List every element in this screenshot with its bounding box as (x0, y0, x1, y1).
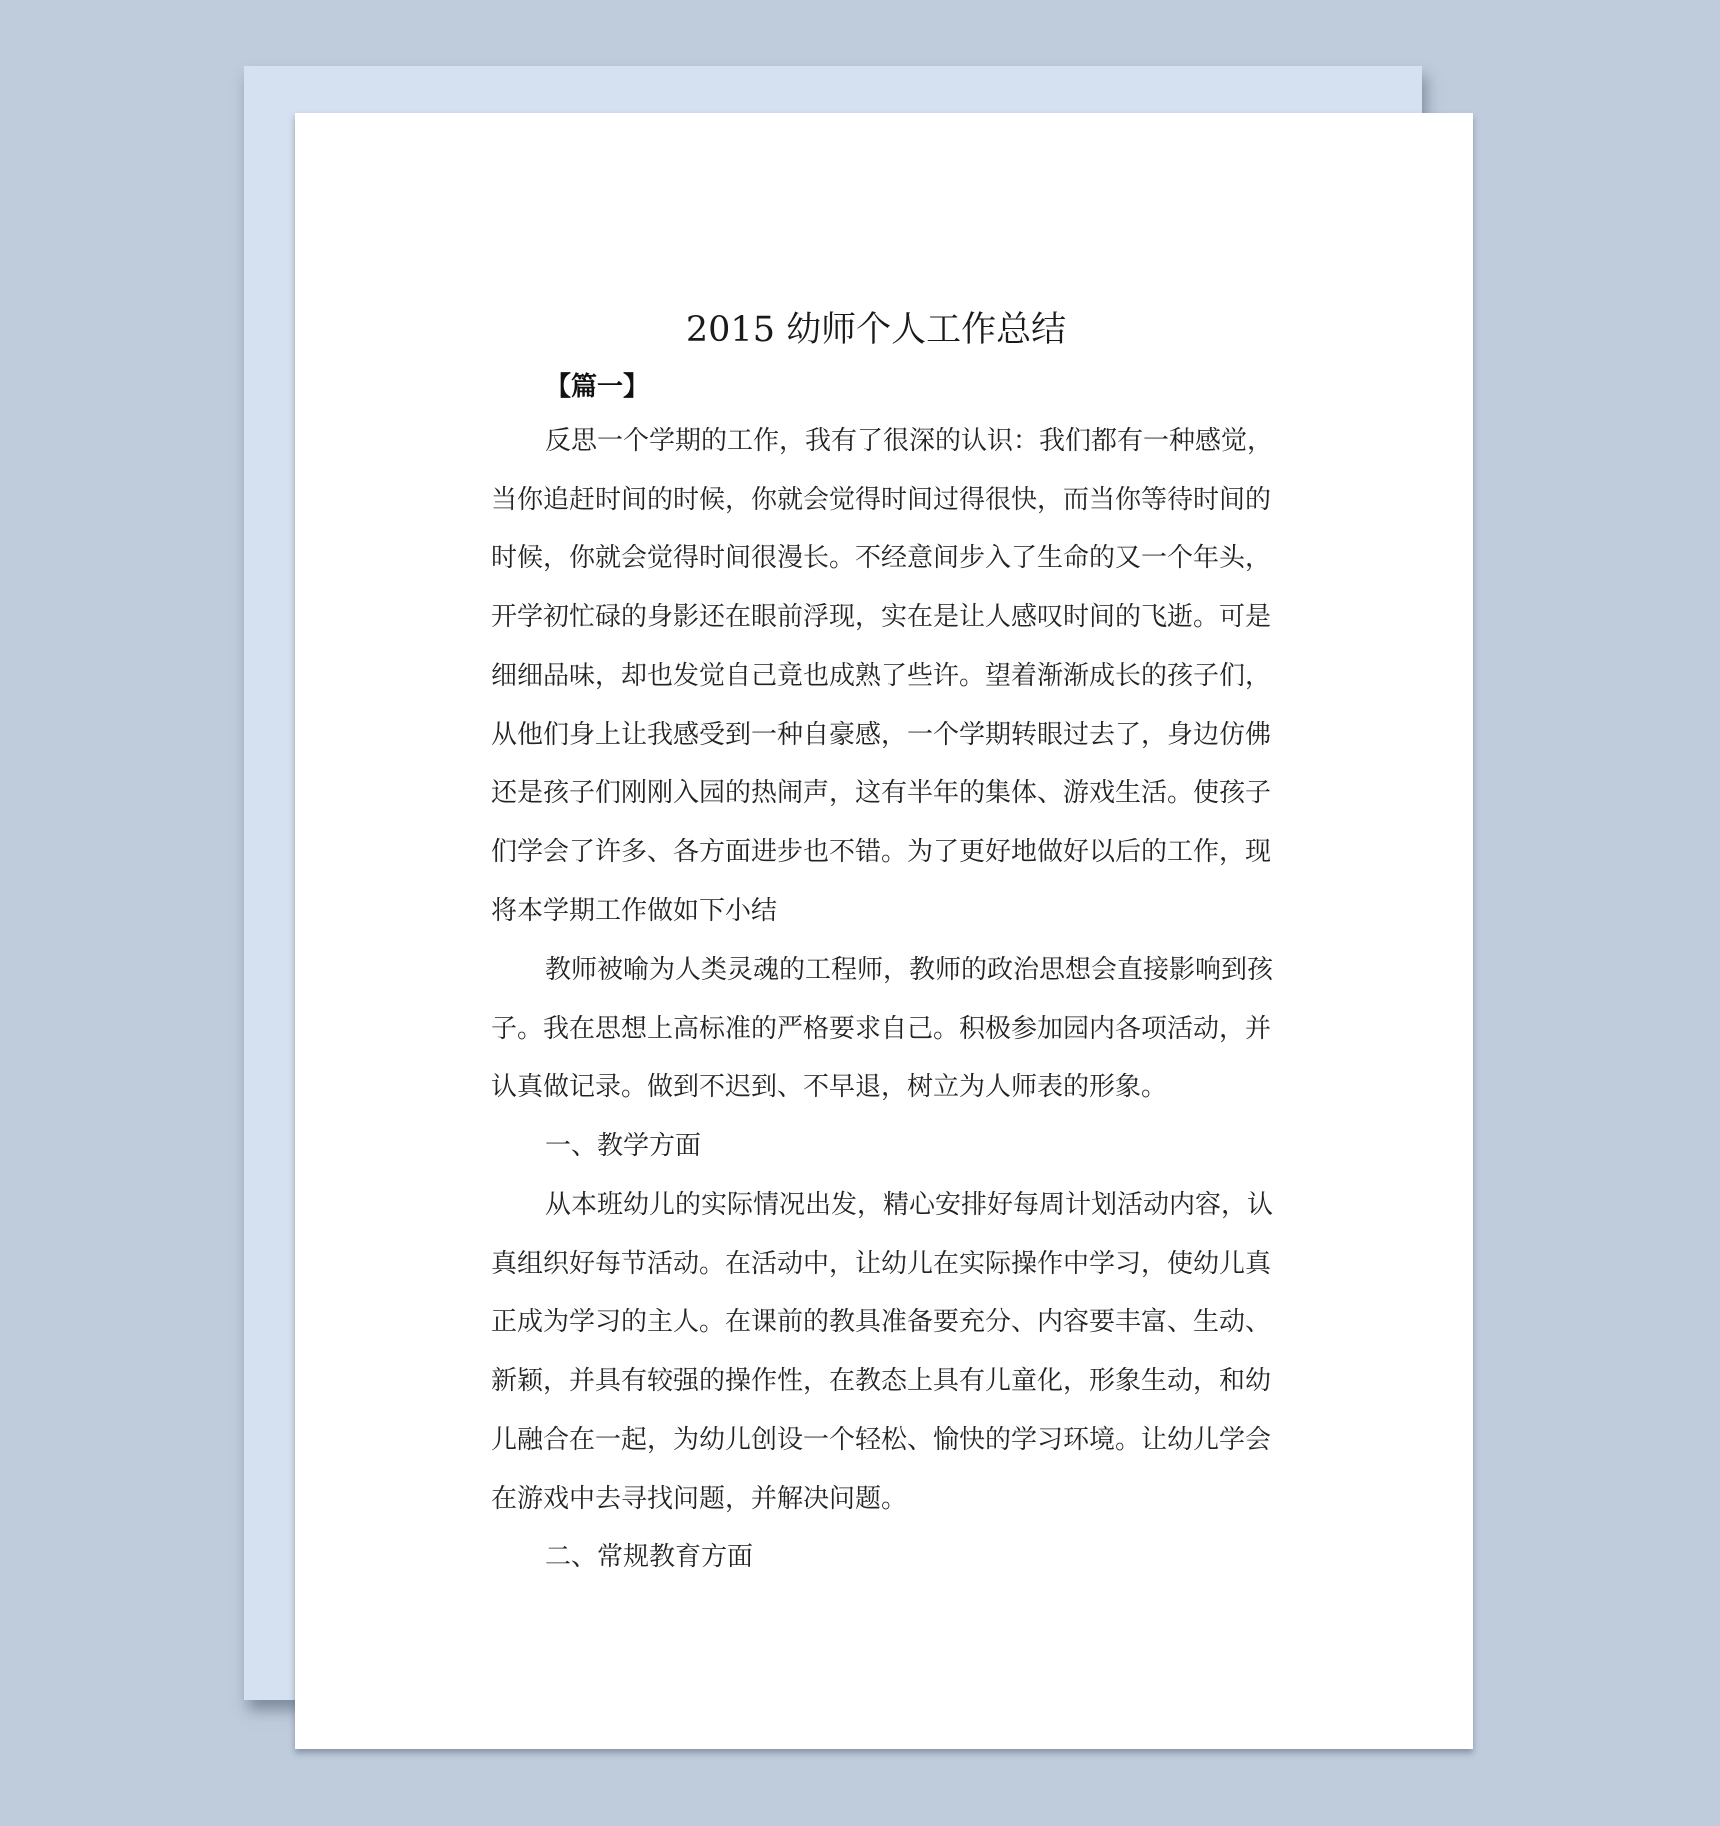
paragraph-line: 时候，你就会觉得时间很漫长。不经意间步入了生命的又一个年头， (491, 541, 1270, 575)
paragraph-line: 正成为学习的主人。在课前的教具准备要充分、内容要丰富、生动、 (491, 1305, 1270, 1339)
paragraph-line: 认真做记录。做到不迟到、不早退，树立为人师表的形象。 (491, 1070, 1167, 1104)
paragraph-line: 新颖，并具有较强的操作性，在教态上具有儿童化，形象生动，和幼 (491, 1364, 1270, 1398)
section-heading: 一、教学方面 (545, 1129, 701, 1163)
paragraph-line: 细细品味，却也发觉自己竟也成熟了些许。望着渐渐成长的孩子们， (491, 659, 1270, 693)
paragraph-line: 儿融合在一起，为幼儿创设一个轻松、愉快的学习环境。让幼儿学会 (491, 1423, 1270, 1457)
section-label: 【篇一】 (545, 370, 649, 404)
paragraph-line: 从本班幼儿的实际情况出发，精心安排好每周计划活动内容，认 (545, 1188, 1270, 1222)
paragraph-line: 将本学期工作做如下小结 (491, 894, 777, 928)
paragraph-line: 教师被喻为人类灵魂的工程师，教师的政治思想会直接影响到孩 (545, 953, 1270, 987)
paragraph-line: 在游戏中去寻找问题，并解决问题。 (491, 1482, 907, 1516)
paragraph-line: 从他们身上让我感受到一种自豪感，一个学期转眼过去了，身边仿佛 (491, 718, 1270, 752)
document-page: 2015 幼师个人工作总结 【篇一】 反思一个学期的工作，我有了很深的认识：我们… (295, 113, 1473, 1749)
section-heading: 二、常规教育方面 (545, 1540, 753, 1574)
paragraph-line: 真组织好每节活动。在活动中，让幼儿在实际操作中学习，使幼儿真 (491, 1247, 1270, 1281)
paragraph-line: 们学会了许多、各方面进步也不错。为了更好地做好以后的工作，现 (491, 835, 1270, 869)
paragraph-line: 还是孩子们刚刚入园的热闹声，这有半年的集体、游戏生活。使孩子 (491, 776, 1270, 810)
paragraph-line: 开学初忙碌的身影还在眼前浮现，实在是让人感叹时间的飞逝。可是 (491, 600, 1270, 634)
paragraph-line: 子。我在思想上高标准的严格要求自己。积极参加园内各项活动，并 (491, 1012, 1270, 1046)
paragraph-line: 当你追赶时间的时候，你就会觉得时间过得很快，而当你等待时间的 (491, 483, 1270, 517)
document-title: 2015 幼师个人工作总结 (287, 310, 1465, 350)
paragraph-line: 反思一个学期的工作，我有了很深的认识：我们都有一种感觉， (545, 424, 1270, 458)
